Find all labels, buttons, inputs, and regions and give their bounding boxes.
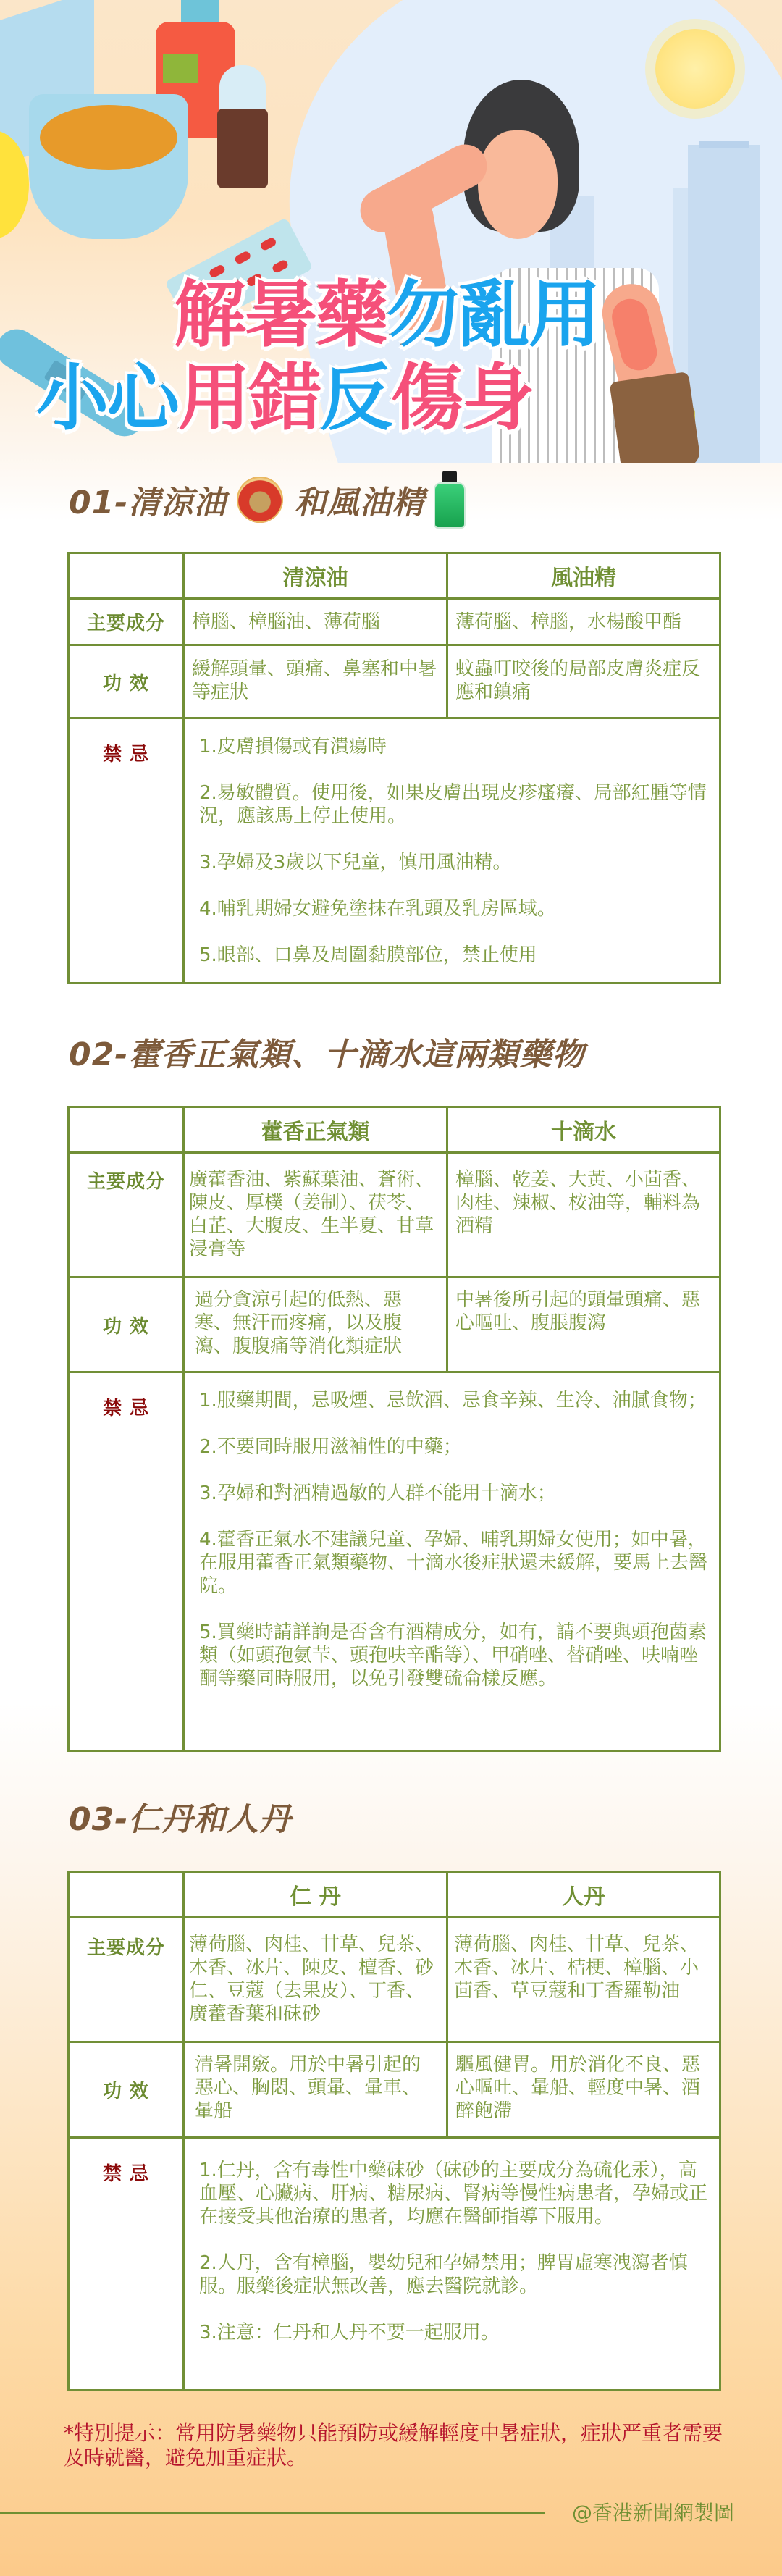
sun-icon bbox=[655, 29, 735, 109]
row-label-ingredients: 主要成分 bbox=[69, 599, 184, 645]
tiger-balm-tin-icon bbox=[237, 477, 283, 523]
section-heading-text: 02-藿香正氣類、十滴水這兩類藥物 bbox=[69, 1028, 585, 1075]
section-heading-01: 01-清涼油 和風油精 bbox=[69, 471, 467, 529]
table-cell: 蚊蟲叮咬後的局部皮膚炎症反應和鎮痛 bbox=[447, 645, 720, 718]
title-segment: 傷身 bbox=[391, 356, 533, 440]
table-corner bbox=[69, 1107, 184, 1153]
title-segment: 勿亂用 bbox=[387, 272, 600, 357]
list-item: 4.哺乳期婦女避免塗抹在乳頭及乳房區域。 bbox=[199, 897, 709, 920]
row-label-effects: 功 效 bbox=[69, 645, 184, 718]
section-heading-text: 和風油精 bbox=[295, 477, 425, 523]
woman-face bbox=[478, 130, 558, 239]
hero-title-line1: 解暑藥勿亂用 bbox=[174, 279, 600, 351]
section-heading-02: 02-藿香正氣類、十滴水這兩類藥物 bbox=[69, 1030, 585, 1073]
table-cell: 薄荷腦、肉桂、甘草、兒茶、木香、冰片、陳皮、檀香、砂仁、豆蔻（去果皮）、丁香、廣… bbox=[184, 1918, 447, 2042]
contraindications-list: 1.皮膚損傷或有潰瘍時 2.易敏體質。使用後，如果皮膚出現皮疹瘙癢、局部紅腫等情… bbox=[184, 718, 720, 983]
list-item: 1.服藥期間，忌吸煙、忌飲酒、忌食辛辣、生冷、油膩食物； bbox=[199, 1389, 709, 1412]
table-cell: 驅風健胃。用於消化不良、惡心嘔吐、暈船、輕度中暑、酒醉飽滯 bbox=[447, 2042, 720, 2138]
list-item: 2.易敏體質。使用後，如果皮膚出現皮疹瘙癢、局部紅腫等情況，應該馬上停止使用。 bbox=[199, 781, 709, 828]
row-label-contraindications: 禁 忌 bbox=[69, 2138, 184, 2391]
column-header: 仁 丹 bbox=[184, 1872, 447, 1918]
section-heading-text: 01-清涼油 bbox=[69, 477, 227, 523]
hero-illustration: 解暑藥勿亂用 小心用錯反傷身 bbox=[0, 0, 782, 463]
title-segment: 小心 bbox=[36, 356, 178, 440]
table-corner bbox=[69, 553, 184, 599]
column-header: 藿香正氣類 bbox=[184, 1107, 447, 1153]
footer-divider bbox=[0, 2512, 545, 2514]
tea-icon bbox=[40, 105, 177, 170]
contraindications-list: 1.仁丹，含有毒性中藥砞砂（砞砂的主要成分為硫化汞），高血壓、心臟病、肝病、糖尿… bbox=[184, 2138, 720, 2391]
row-label-contraindications: 禁 忌 bbox=[69, 718, 184, 983]
list-item: 5.買藥時請詳詢是否含有酒精成分，如有，請不要與頭孢菌素類（如頭孢氨芐、頭孢呋辛… bbox=[199, 1621, 709, 1690]
green-oil-bottle-icon bbox=[432, 471, 467, 529]
list-item: 5.眼部、口鼻及周圍黏膜部位，禁止使用 bbox=[199, 944, 709, 967]
building-icon bbox=[699, 141, 749, 148]
table-cell: 緩解頭暈、頭痛、鼻塞和中暑等症狀 bbox=[184, 645, 447, 718]
table-cell: 清暑開竅。用於中暑引起的惡心、胸悶、頭暈、暈車、暈船 bbox=[184, 2042, 447, 2138]
shoulder-bag-icon bbox=[609, 372, 701, 463]
building-icon bbox=[688, 145, 760, 463]
title-segment: 解暑藥 bbox=[174, 272, 387, 357]
column-header: 風油精 bbox=[447, 553, 720, 599]
table-cell: 樟腦、乾姜、大黃、小茴香、肉桂、辣椒、桉油等，輔料為酒精 bbox=[447, 1153, 720, 1277]
table-cell: 過分貪涼引起的低熱、惡寒、無汗而疼痛，以及腹瀉、腹腹痛等消化類症狀 bbox=[184, 1277, 447, 1372]
section-heading-text: 03-仁丹和人丹 bbox=[69, 1793, 292, 1839]
credit-text: @香港新聞網製圖 bbox=[572, 2497, 734, 2526]
title-segment: 用錯 bbox=[178, 356, 320, 440]
title-segment: 反 bbox=[320, 356, 391, 440]
dropper-bottle-icon bbox=[217, 109, 268, 188]
table-cell: 中暑後所引起的頭暈頭痛、惡心嘔吐、腹脹腹瀉 bbox=[447, 1277, 720, 1372]
row-label-ingredients: 主要成分 bbox=[69, 1918, 184, 2042]
list-item: 1.仁丹，含有毒性中藥砞砂（砞砂的主要成分為硫化汞），高血壓、心臟病、肝病、糖尿… bbox=[199, 2159, 709, 2228]
row-label-ingredients: 主要成分 bbox=[69, 1153, 184, 1277]
list-item: 2.不要同時服用滋補性的中藥； bbox=[199, 1435, 709, 1459]
table-cell: 廣藿香油、紫蘇葉油、蒼術、陳皮、厚樸（姜制）、茯苓、白芷、大腹皮、生半夏、甘草浸… bbox=[184, 1153, 447, 1277]
table-cell: 薄荷腦、肉桂、甘草、兒茶、木香、冰片、桔梗、樟腦、小茴香、草豆蔻和丁香羅勒油 bbox=[447, 1918, 720, 2042]
row-label-contraindications: 禁 忌 bbox=[69, 1372, 184, 1751]
table-cell: 樟腦、樟腦油、薄荷腦 bbox=[184, 599, 447, 645]
table-corner bbox=[69, 1872, 184, 1918]
list-item: 3.孕婦和對酒精過敏的人群不能用十滴水； bbox=[199, 1482, 709, 1505]
comparison-table-01: 清涼油 風油精 主要成分 樟腦、樟腦油、薄荷腦 薄荷腦、樟腦，水楊酸甲酯 功 效… bbox=[67, 552, 721, 984]
list-item: 3.孕婦及3歲以下兒童，慎用風油精。 bbox=[199, 851, 709, 874]
column-header: 清涼油 bbox=[184, 553, 447, 599]
section-heading-03: 03-仁丹和人丹 bbox=[69, 1795, 292, 1838]
list-item: 2.人丹，含有樟腦，嬰幼兒和孕婦禁用；脾胃虛寒洩瀉者慎服。服藥後症狀無改善，應去… bbox=[199, 2252, 709, 2298]
list-item: 1.皮膚損傷或有潰瘍時 bbox=[199, 735, 709, 758]
column-header: 人丹 bbox=[447, 1872, 720, 1918]
table-cell: 薄荷腦、樟腦，水楊酸甲酯 bbox=[447, 599, 720, 645]
hero-title-line2: 小心用錯反傷身 bbox=[36, 362, 533, 435]
comparison-table-03: 仁 丹 人丹 主要成分 薄荷腦、肉桂、甘草、兒茶、木香、冰片、陳皮、檀香、砂仁、… bbox=[67, 1871, 721, 2391]
list-item: 3.注意：仁丹和人丹不要一起服用。 bbox=[199, 2321, 709, 2344]
row-label-effects: 功 效 bbox=[69, 1277, 184, 1372]
list-item: 4.藿香正氣水不建議兒童、孕婦、哺乳期婦女使用；如中暑，在服用藿香正氣類藥物、十… bbox=[199, 1528, 709, 1598]
contraindications-list: 1.服藥期間，忌吸煙、忌飲酒、忌食辛辣、生冷、油膩食物； 2.不要同時服用滋補性… bbox=[184, 1372, 720, 1751]
special-note: *特別提示：常用防暑藥物只能預防或緩解輕度中暑症狀，症狀严重者需要及時就醫，避免… bbox=[64, 2421, 730, 2470]
comparison-table-02: 藿香正氣類 十滴水 主要成分 廣藿香油、紫蘇葉油、蒼術、陳皮、厚樸（姜制）、茯苓… bbox=[67, 1106, 721, 1752]
column-header: 十滴水 bbox=[447, 1107, 720, 1153]
row-label-effects: 功 效 bbox=[69, 2042, 184, 2138]
